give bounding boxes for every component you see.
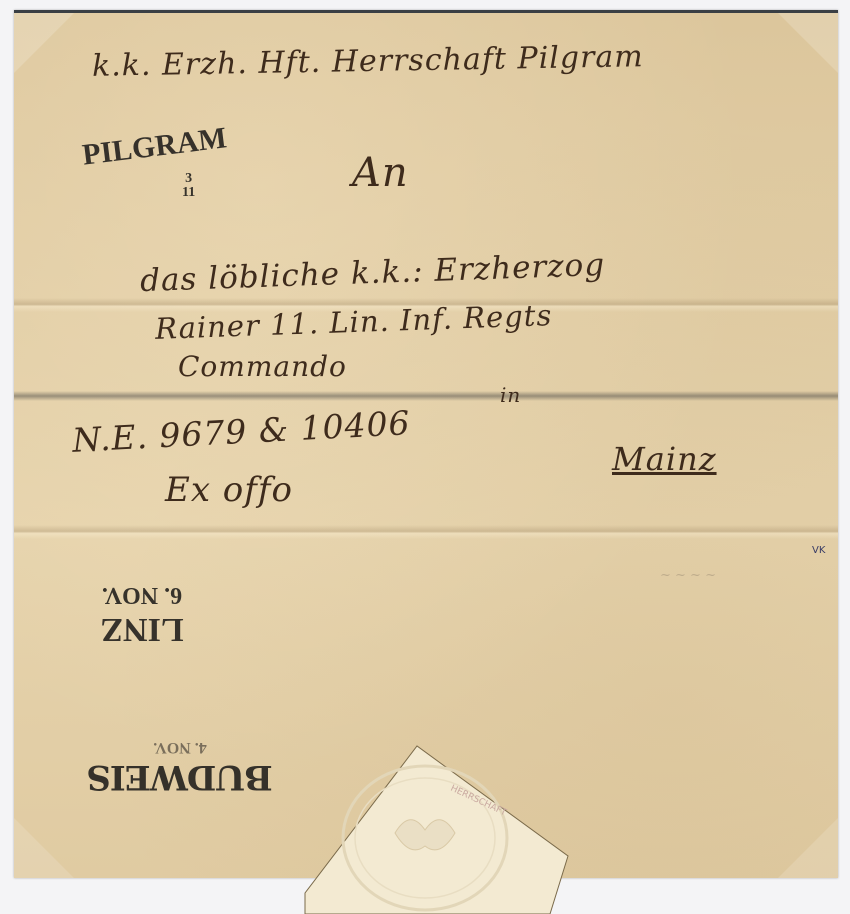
collector-mark: VK [812, 545, 825, 556]
budweis-postmark: BUDWEIS 4. NOV. [80, 732, 280, 792]
ex-officio-note: Ex offo [165, 470, 293, 510]
fold-line [14, 525, 838, 539]
postmark-town: LINZ [82, 612, 202, 646]
salutation: An [352, 150, 409, 196]
seal-flap: HERRSCHAFT [300, 738, 570, 914]
in-word: in [500, 383, 521, 407]
destination-city: Mainz [612, 440, 717, 478]
mount-corner-bottom-left [14, 818, 74, 878]
postmark-date: 6. NOV. [82, 578, 202, 612]
postmark-date: 4. NOV. [80, 732, 280, 762]
embossed-seal-icon: HERRSCHAFT [300, 738, 570, 914]
fold-line [14, 391, 838, 401]
mount-corner-top-right [778, 13, 838, 73]
mount-corner-bottom-right [778, 818, 838, 878]
postmark-town: BUDWEIS [80, 762, 280, 792]
pilgram-postmark-date: 3 11 [182, 172, 195, 200]
mount-corner-top-left [14, 13, 74, 73]
postmark-day: 3 [182, 172, 195, 186]
faint-offset-impression: ~ ~ ~ ~ [660, 568, 716, 583]
linz-postmark: LINZ 6. NOV. [82, 578, 202, 646]
address-line-3: Commando [178, 350, 347, 383]
postmark-month: 11 [182, 186, 195, 200]
